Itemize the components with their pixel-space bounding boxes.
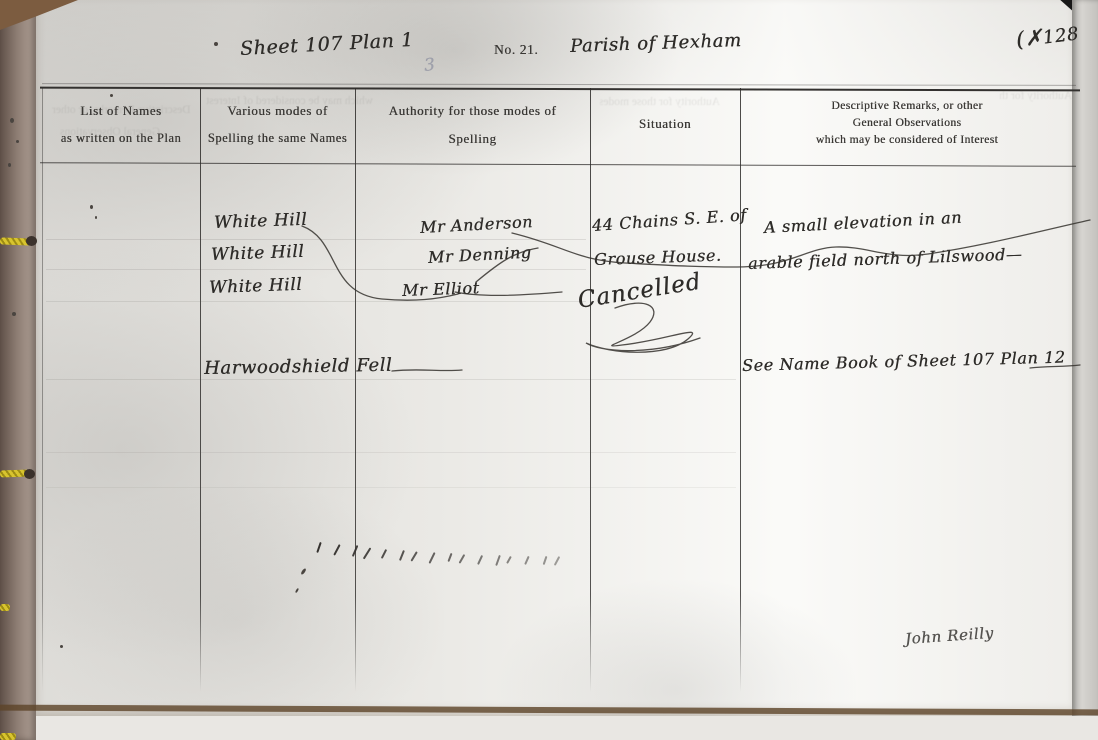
- ink-speck: [10, 118, 14, 123]
- ink-blot-row: [318, 538, 578, 588]
- row-guide-line: [46, 239, 586, 240]
- column-divider: [355, 88, 356, 692]
- table-left-border: [42, 88, 43, 692]
- page-right-edge: [1072, 0, 1098, 716]
- ink-speck: [214, 42, 218, 46]
- folio-x-mark: (✗: [1015, 25, 1045, 52]
- folio-number: 128: [1042, 23, 1080, 48]
- row-guide-line: [46, 269, 586, 270]
- column-header-spellings-line2: Spelling the same Names: [200, 131, 355, 146]
- thread-stitch: [0, 733, 16, 740]
- ink-speck: [90, 205, 93, 209]
- bleed-through-text: Authority for those modes of: [600, 96, 720, 108]
- row-guide-line: [46, 301, 586, 302]
- ink-speck: [16, 140, 19, 143]
- ink-speck: [8, 163, 11, 167]
- thread-stitch: [0, 604, 10, 611]
- column-divider: [200, 88, 201, 692]
- ink-speck: [60, 645, 63, 648]
- entry-spelling: White Hill: [209, 275, 303, 298]
- column-header-remarks-line3: which may be considered of Interest: [740, 133, 1074, 146]
- column-divider: [590, 88, 591, 692]
- page-number-label: No. 21.: [494, 42, 538, 58]
- ledger-photo: Sheet 107 Plan 1 3 No. 21. Parish of Hex…: [0, 0, 1098, 740]
- row-guide-line: [46, 487, 736, 488]
- binding-hole: [24, 469, 35, 479]
- column-header-names-line2: as written on the Plan: [42, 131, 200, 146]
- column-header-situation: Situation: [590, 116, 740, 132]
- ink-speck: [110, 94, 113, 97]
- column-divider: [740, 88, 741, 692]
- column-header-names-line1: List of Names: [42, 103, 200, 119]
- ink-speck: [95, 216, 97, 219]
- pencil-mark: 3: [423, 55, 436, 76]
- binding-strip: [0, 0, 36, 740]
- binding-hole: [26, 236, 37, 246]
- entry-spelling: White Hill: [211, 242, 305, 265]
- column-header-authority-line1: Authority for those modes of: [355, 103, 590, 119]
- ink-speck: [12, 312, 16, 316]
- entry-authority: Mr Elliot: [402, 278, 480, 300]
- entry-spelling: Harwoodshield Fell: [204, 355, 393, 379]
- column-header-remarks-line1: Descriptive Remarks, or other: [740, 99, 1074, 112]
- column-header-spellings-line1: Various modes of: [200, 103, 355, 119]
- column-header-remarks-line2: General Observations: [740, 116, 1074, 129]
- entry-spelling: White Hill: [214, 210, 308, 233]
- row-guide-line: [46, 379, 736, 380]
- column-header-authority-line2: Spelling: [355, 131, 590, 147]
- row-guide-line: [46, 452, 736, 453]
